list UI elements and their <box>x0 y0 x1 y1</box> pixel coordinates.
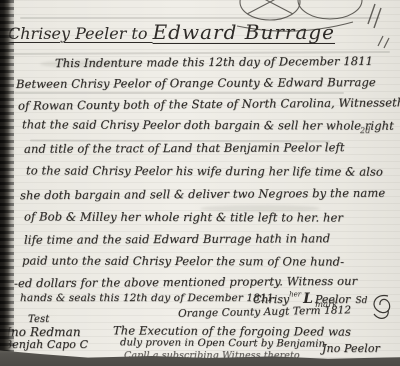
body-line: and title of the tract of Land that Benj… <box>24 140 345 156</box>
body-line: Between Chrisy Peelor of Orange County &… <box>16 75 376 91</box>
execution-line: duly proven in Open Court by Benjamin <box>120 337 325 349</box>
body-line: to the said Chrisy Peelor his wife durin… <box>26 163 383 178</box>
execution-line: The Execution of the forgoing Deed was <box>113 323 351 338</box>
scan-streak <box>14 92 344 94</box>
signer-first-name: Chrisy <box>253 293 289 306</box>
document-page: Chrisey Peeler to Edward Burrage This In… <box>0 0 400 366</box>
body-line: This Indenture made this 12th day of Dec… <box>55 54 373 70</box>
body-line: paid unto the said Chrisy Peelor the sum… <box>22 253 344 268</box>
signature-her-word: her <box>289 291 301 299</box>
body-line: of Bob & Milley her whole right & title … <box>24 209 343 224</box>
test-label: Test <box>28 314 49 325</box>
body-line: that the said Chrisy Peelor doth bargain… <box>22 117 394 132</box>
body-line: life time and the said Edward Burrage ha… <box>24 231 330 247</box>
court-term-line: Orange County Augt Term 1812 <box>178 304 351 320</box>
witness-name: Benjah Capo C <box>4 338 88 351</box>
ink-correction: 2d <box>360 126 370 135</box>
document-title: Chrisey Peeler to Edward Burrage <box>8 20 335 44</box>
grantee-name: Edward Burrage <box>153 20 335 44</box>
body-line: of Rowan County both of the State of Nor… <box>18 95 400 112</box>
witness-name: Jno Redman <box>6 325 81 339</box>
body-line: hands & seals this 12th day of December … <box>20 292 274 304</box>
clerk-name: Jno Peelor <box>322 342 380 355</box>
page-binding-edge <box>0 0 14 366</box>
grantor-name: Chrisey Peeler to <box>8 24 153 43</box>
seal-scribble <box>368 292 394 322</box>
seal-abbrev: Sd <box>355 296 367 306</box>
body-line: she doth bargain and sell & deliver two … <box>20 186 385 203</box>
